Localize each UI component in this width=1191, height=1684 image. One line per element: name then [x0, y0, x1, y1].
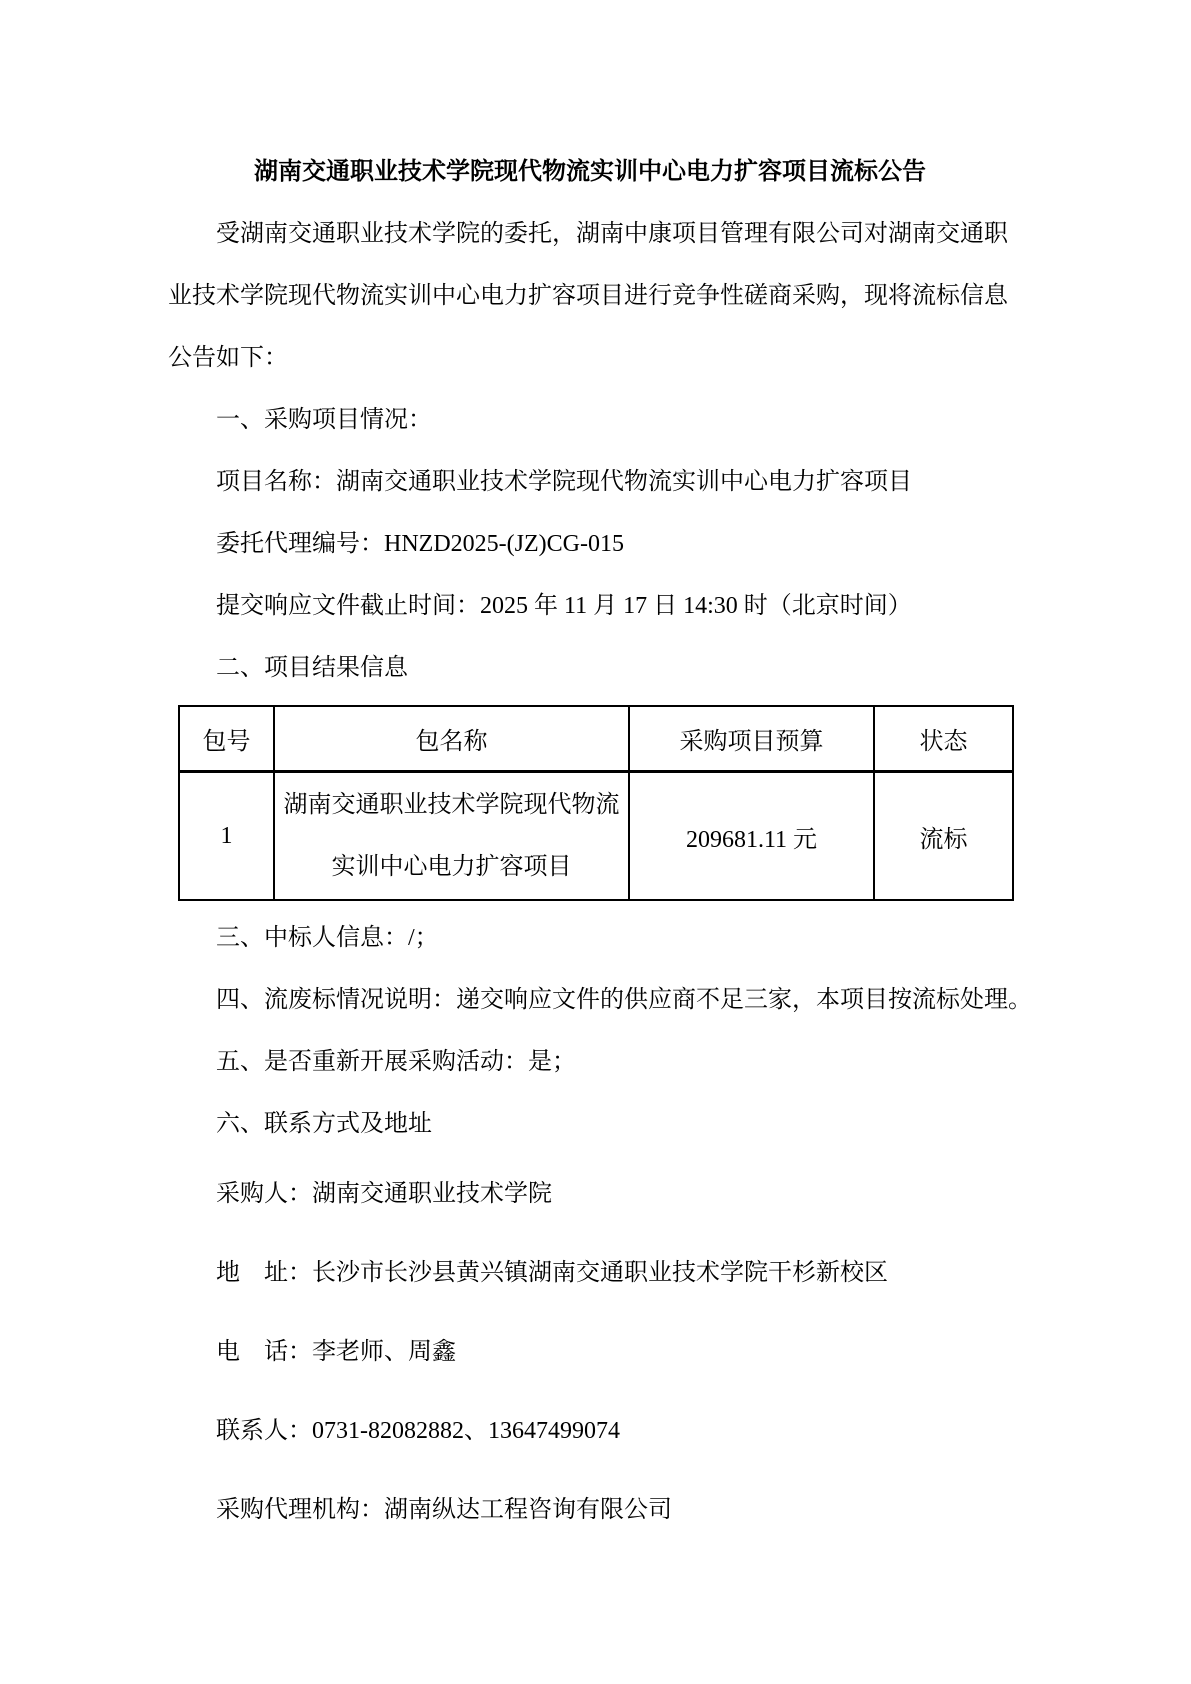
address-line: 地 址：长沙市长沙县黄兴镇湖南交通职业技术学院干杉新校区 — [168, 1234, 1012, 1313]
document-page: 湖南交通职业技术学院现代物流实训中心电力扩容项目流标公告 受湖南交通职业技术学院… — [0, 0, 1191, 1684]
section-1-heading: 一、采购项目情况： — [168, 389, 1012, 451]
section-5-line: 五、是否重新开展采购活动：是； — [168, 1031, 1012, 1093]
intro-paragraph: 受湖南交通职业技术学院的委托，湖南中康项目管理有限公司对湖南交通职 业技术学院现… — [168, 203, 1012, 389]
table-row: 1 湖南交通职业技术学院现代物流 实训中心电力扩容项目 209681.11 元 … — [179, 772, 1013, 901]
section-3-line: 三、中标人信息：/； — [168, 907, 1012, 969]
package-name-line-1: 湖南交通职业技术学院现代物流 — [275, 774, 628, 836]
project-name-line: 项目名称：湖南交通职业技术学院现代物流实训中心电力扩容项目 — [168, 451, 1012, 513]
section-4-line: 四、流废标情况说明：递交响应文件的供应商不足三家，本项目按流标处理。 — [168, 969, 1012, 1031]
col-header-status: 状态 — [874, 706, 1013, 772]
intro-line-2: 业技术学院现代物流实训中心电力扩容项目进行竞争性磋商采购，现将流标信息 — [168, 265, 1012, 327]
agency-code-line: 委托代理编号：HNZD2025-(JZ)CG-015 — [168, 513, 1012, 575]
table-header-row: 包号 包名称 采购项目预算 状态 — [179, 706, 1013, 772]
result-table: 包号 包名称 采购项目预算 状态 1 湖南交通职业技术学院现代物流 实训中心电力… — [178, 705, 1014, 901]
cell-status: 流标 — [874, 772, 1013, 901]
package-name-line-2: 实训中心电力扩容项目 — [275, 836, 628, 898]
intro-line-3: 公告如下： — [168, 327, 1012, 389]
contact-person-line: 联系人：0731-82082882、13647499074 — [168, 1392, 1012, 1471]
purchaser-line: 采购人：湖南交通职业技术学院 — [168, 1155, 1012, 1234]
cell-package-no: 1 — [179, 772, 274, 901]
section-6-heading: 六、联系方式及地址 — [168, 1093, 1012, 1155]
deadline-line: 提交响应文件截止时间：2025 年 11 月 17 日 14:30 时（北京时间… — [168, 575, 1012, 637]
col-header-budget: 采购项目预算 — [629, 706, 874, 772]
cell-package-name: 湖南交通职业技术学院现代物流 实训中心电力扩容项目 — [274, 772, 629, 901]
page-title: 湖南交通职业技术学院现代物流实训中心电力扩容项目流标公告 — [168, 141, 1012, 203]
cell-budget: 209681.11 元 — [629, 772, 874, 901]
phone-line: 电 话：李老师、周鑫 — [168, 1313, 1012, 1392]
intro-line-1: 受湖南交通职业技术学院的委托，湖南中康项目管理有限公司对湖南交通职 — [168, 203, 1012, 265]
contacts-block: 采购人：湖南交通职业技术学院 地 址：长沙市长沙县黄兴镇湖南交通职业技术学院干杉… — [168, 1155, 1012, 1550]
col-header-package-no: 包号 — [179, 706, 274, 772]
section-2-heading: 二、项目结果信息 — [168, 637, 1012, 699]
agent-line: 采购代理机构：湖南纵达工程咨询有限公司 — [168, 1471, 1012, 1550]
col-header-package-name: 包名称 — [274, 706, 629, 772]
